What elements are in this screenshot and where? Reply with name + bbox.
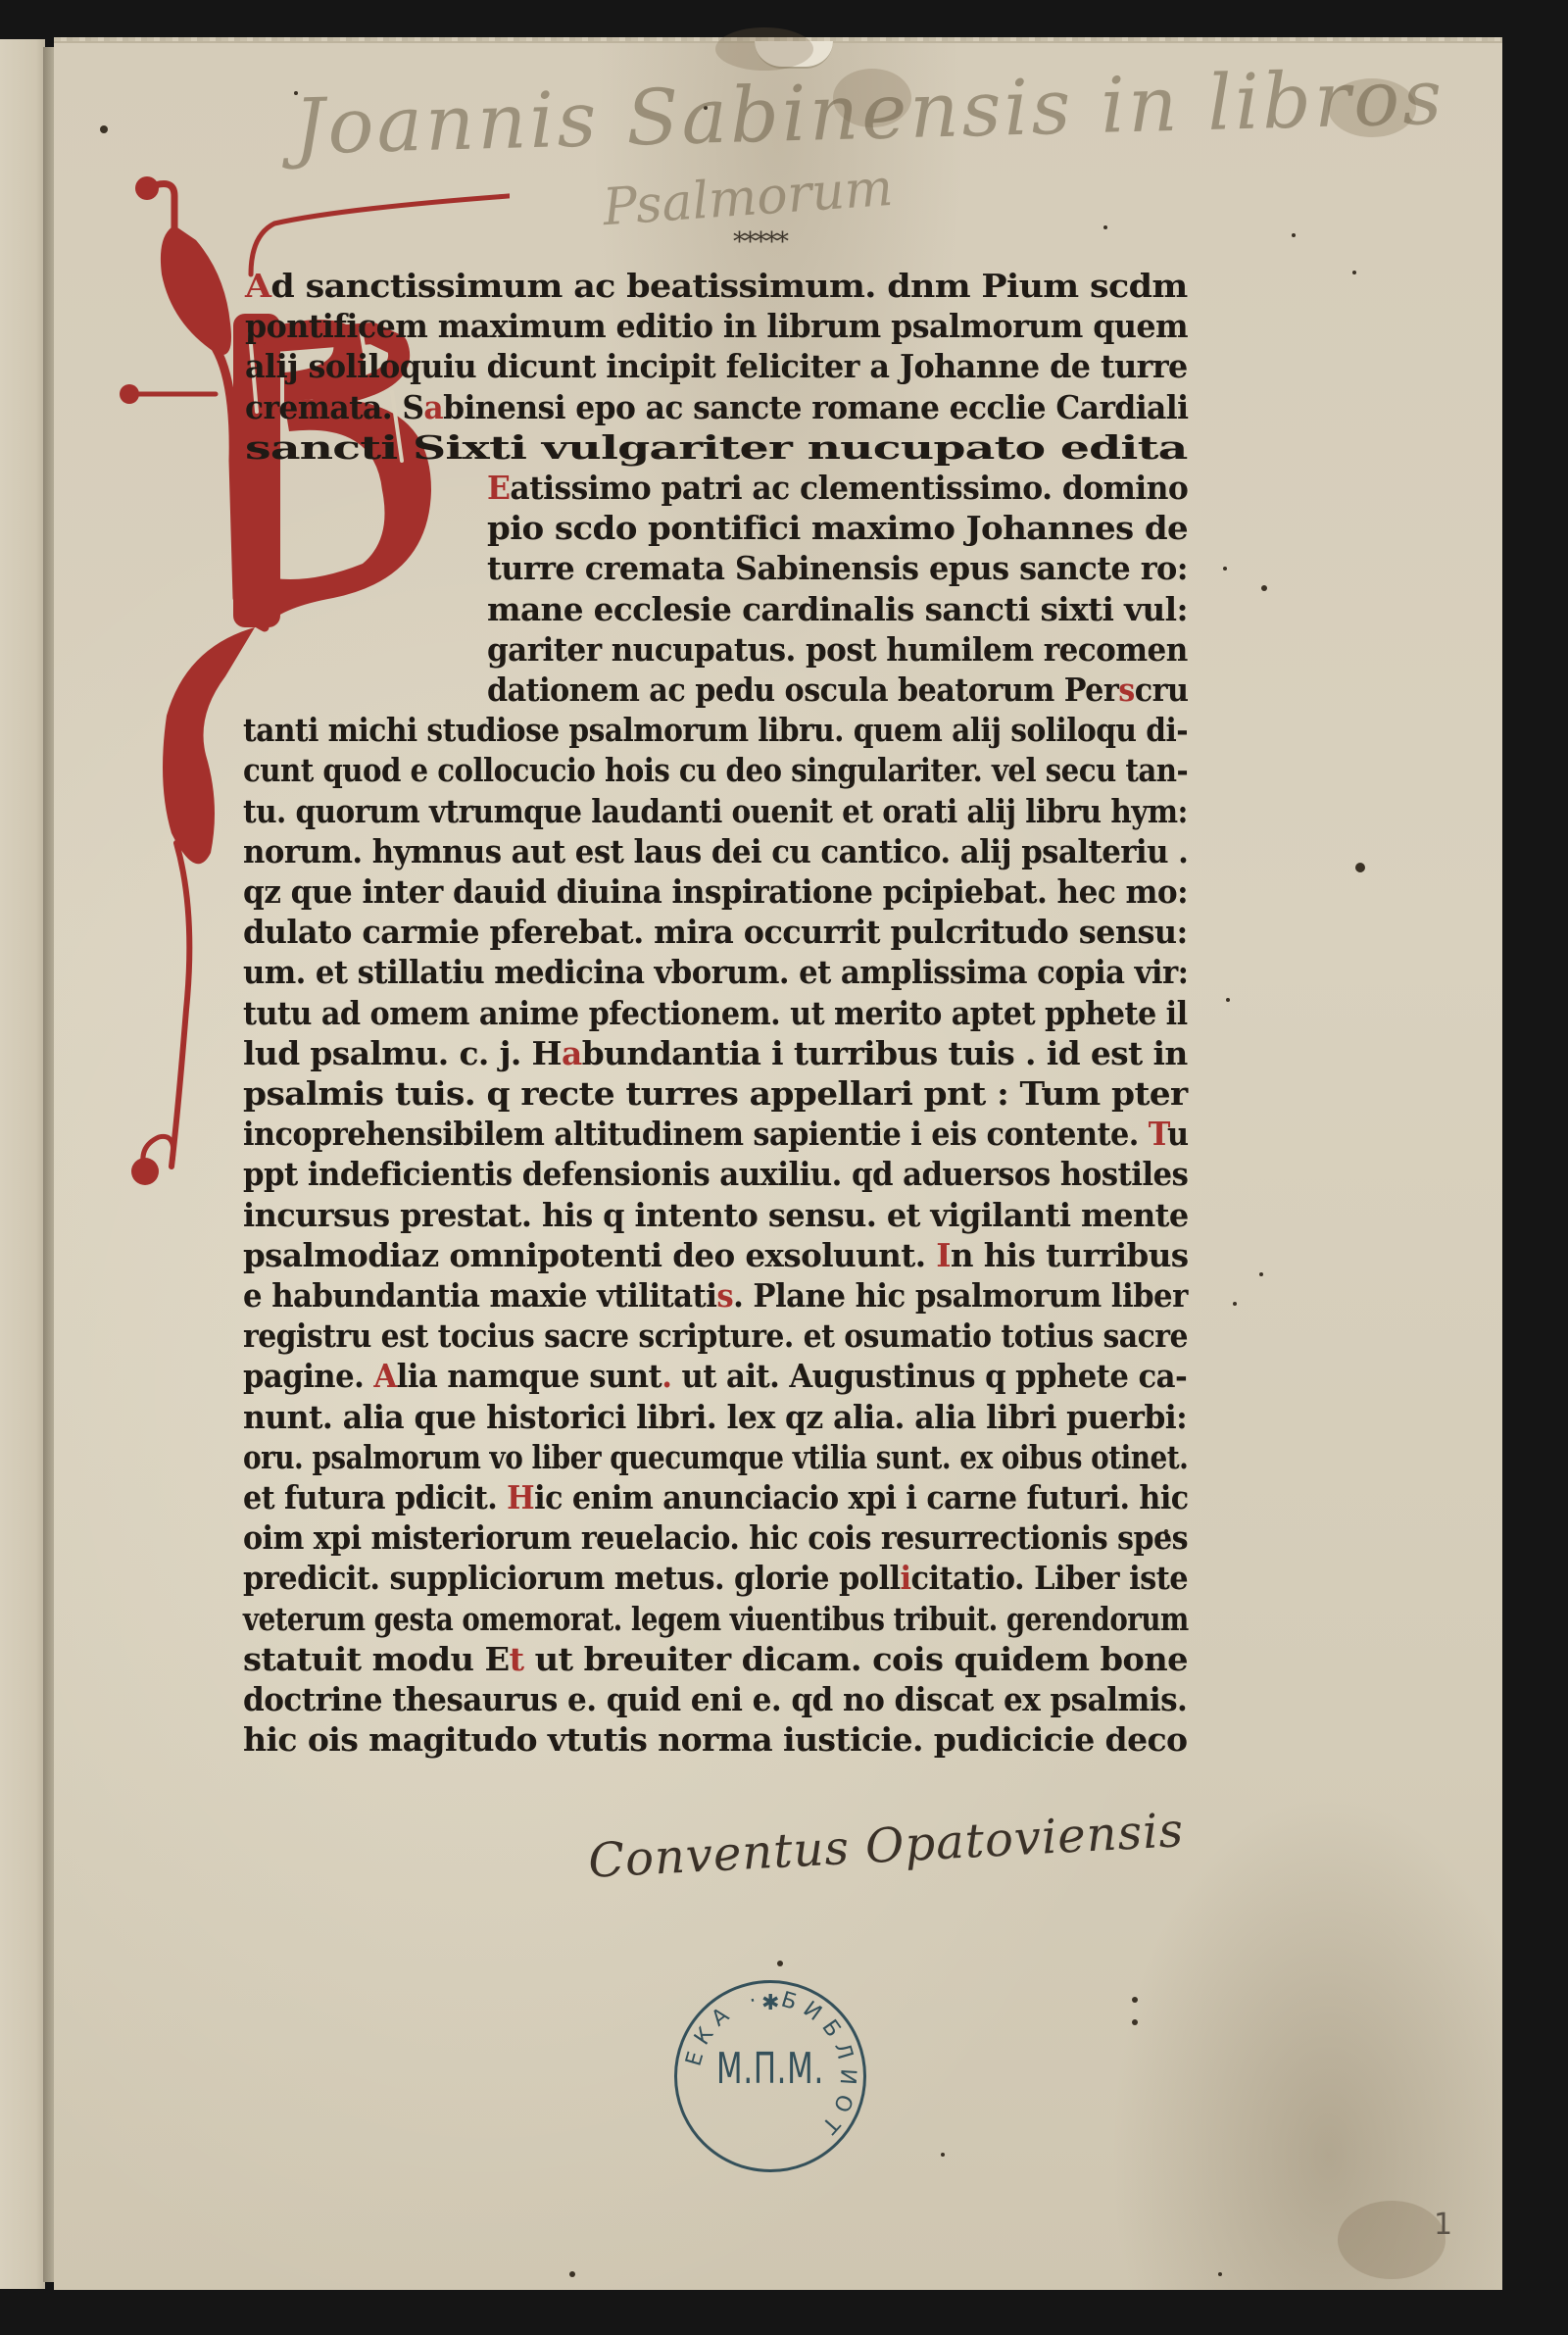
rubricated-initial: s	[716, 1276, 733, 1315]
text-line: statuit modu Et ut breuiter dicam. cois …	[243, 1640, 1188, 1679]
rubricated-initial: H	[507, 1478, 534, 1516]
text-line: incursus prestat. his q intento sensu. e…	[243, 1196, 1189, 1235]
text-line: incoprehensibilem altitudinem sapientie …	[243, 1115, 1189, 1154]
rubricated-initial: E	[487, 469, 510, 507]
text-line: qz que inter dauid diuina inspiratione p…	[243, 872, 1188, 912]
text-line: oru. psalmorum vo liber quecumque vtilia…	[243, 1438, 1188, 1477]
rubricated-initial: A	[373, 1357, 396, 1395]
text-line: ppt indeficientis defensionis auxiliu. q…	[243, 1155, 1188, 1194]
ornament-stars: *****	[733, 227, 787, 257]
text-line: veterum gesta omemorat. legem viuentibus…	[243, 1600, 1189, 1639]
text-line: Eatissimo patri ac clementissimo. domino	[487, 469, 1188, 508]
text-line: pontificem maximum editio in librum psal…	[245, 307, 1188, 346]
rubricated-initial: a	[562, 1034, 582, 1072]
text-line: tanti michi studiose psalmorum libru. qu…	[243, 711, 1188, 750]
text-line: psalmis tuis. q recte turres appellari p…	[243, 1074, 1188, 1114]
star-icon: ✱	[761, 1991, 779, 2015]
facing-page-edge	[0, 39, 45, 2289]
text-line: doctrine thesaurus e. quid eni e. qd no …	[243, 1680, 1187, 1719]
text-line: psalmodiaz omnipotenti deo exsoluunt. In…	[243, 1236, 1189, 1275]
text-line: registru est tocius sacre scripture. et …	[243, 1317, 1188, 1356]
rubricated-initial: i	[901, 1559, 911, 1597]
text-line: dulato carmie pferebat. mira occurrit pu…	[243, 913, 1188, 952]
text-line: alij soliloquiu dicunt incipit feliciter…	[245, 347, 1188, 386]
text-line: Ad sanctissimum ac beatissimum. dnm Pium…	[245, 267, 1188, 306]
rubricated-initial: s	[1118, 671, 1134, 709]
text-line: pagine. Alia namque sunt. ut ait. August…	[243, 1357, 1187, 1396]
text-line: e habundantia maxie vtilitatis. Plane hi…	[243, 1276, 1188, 1316]
text-line: oim xpi misteriorum reuelacio. hic cois …	[243, 1518, 1188, 1558]
rubricated-initial	[986, 1074, 997, 1113]
library-stamp: ЕКА · БИБЛИОТ ✱ M.П.M.	[674, 1980, 866, 2172]
stamp-monogram: M.П.M.	[706, 2044, 836, 2094]
text-line: pio scdo pontifici maximo Johannes de	[487, 509, 1188, 548]
rubricated-initial: T	[1149, 1115, 1167, 1153]
text-line: dationem ac pedu oscula beatorum Perscru	[487, 671, 1188, 710]
text-line: norum. hymnus aut est laus dei cu cantic…	[243, 832, 1188, 871]
text-line: predicit. suppliciorum metus. glorie pol…	[243, 1559, 1188, 1598]
rubricated-initial: a	[423, 388, 443, 426]
text-line: lud psalmu. c. j. Habundantia i turribus…	[243, 1034, 1188, 1073]
text-line: tu. quorum vtrumque laudanti ouenit et o…	[243, 792, 1188, 831]
rubricated-initial: I	[936, 1236, 951, 1274]
text-line: cremata. Sabinensi epo ac sancte romane …	[245, 388, 1188, 427]
rubricated-initial: .	[661, 1357, 671, 1395]
text-line: turre cremata Sabinensis epus sancte ro:	[487, 549, 1188, 588]
text-line: hic ois magitudo vtutis norma iusticie. …	[243, 1720, 1188, 1760]
text-line: um. et stillatiu medicina vborum. et amp…	[243, 953, 1188, 992]
folio-number: 1	[1434, 2208, 1452, 2242]
text-line: tutu ad omem anime pfectionem. ut merito…	[243, 994, 1188, 1033]
text-line: et futura pdicit. Hic enim anunciacio xp…	[243, 1478, 1189, 1517]
text-line: nunt. alia que historici libri. lex qz a…	[243, 1398, 1187, 1437]
text-line: gariter nucupatus. post humilem recomen	[487, 630, 1188, 670]
rubricated-initial: t	[510, 1640, 524, 1678]
text-line: cunt quod e collocucio hois cu deo singu…	[243, 751, 1188, 790]
text-line: sancti Sixti vulgariter nucupato edita	[245, 428, 1187, 468]
text-line: mane ecclesie cardinalis sancti sixti vu…	[487, 590, 1188, 629]
rubricated-initial: A	[245, 267, 270, 305]
